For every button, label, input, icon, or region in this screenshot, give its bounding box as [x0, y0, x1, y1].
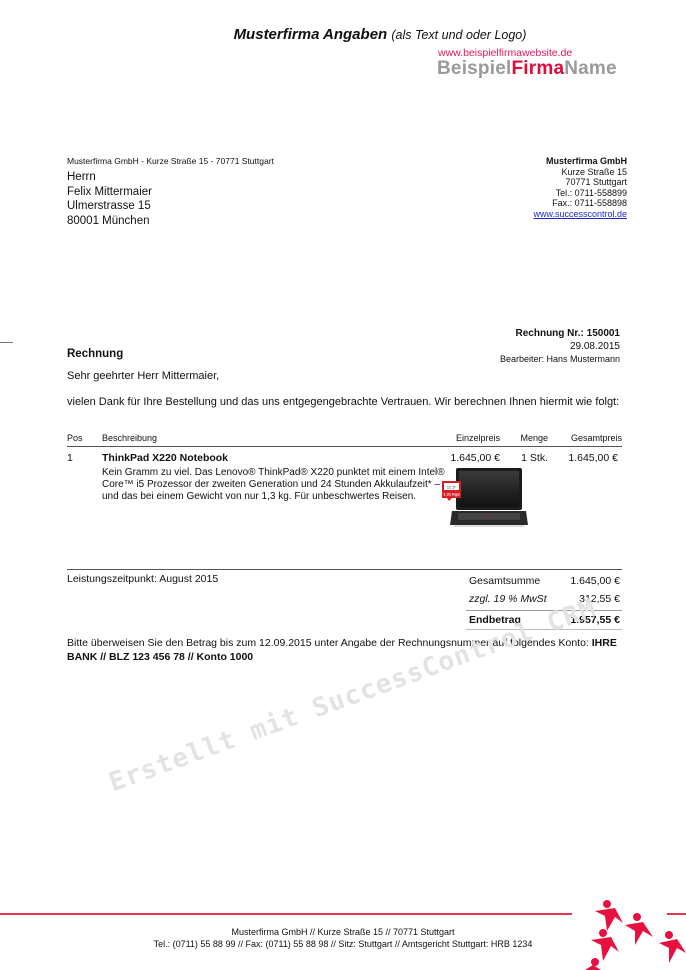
watermark: Erstellt mit SuccessControl CRM: [105, 593, 600, 798]
item-quantity: 1 Stk.: [521, 452, 548, 464]
invoice-date: 29.08.2015: [500, 341, 620, 353]
logo-part-name: Name: [564, 58, 617, 79]
letterhead-title: Musterfirma Angaben (als Text und oder L…: [0, 26, 686, 43]
recipient-address: Herrn Felix Mittermaier Ulmerstrasse 15 …: [67, 170, 152, 228]
vat-row: zzgl. 19 % MwSt 312,55 €: [466, 590, 622, 608]
items-table-header: Pos Beschreibung Einzelpreis Menge Gesam…: [67, 433, 622, 447]
header-description: Beschreibung: [102, 433, 157, 443]
company-phone: Tel.: 0711-558899: [533, 188, 627, 199]
subtotal-value: 1.645,00 €: [570, 572, 620, 590]
company-website-link[interactable]: www.successcontrol.de: [533, 209, 627, 219]
sender-return-line: Musterfirma GmbH - Kurze Straße 15 - 707…: [67, 156, 274, 166]
document-title: Rechnung: [67, 348, 123, 360]
badge-size-text: 12.5": [447, 485, 457, 490]
item-title: ThinkPad X220 Notebook: [102, 452, 228, 464]
company-fax: Fax.: 0711-558898: [533, 198, 627, 209]
header-total-price: Gesamtpreis: [571, 433, 622, 443]
red-stars-figures-logo-icon: [585, 895, 686, 970]
fold-mark: [0, 342, 13, 343]
company-city: 70771 Stuttgart: [533, 177, 627, 188]
laptop-image: 12.5" 1.31 Kgs: [442, 467, 528, 529]
footer: Musterfirma GmbH // Kurze Straße 15 // 7…: [0, 927, 686, 950]
items-table-divider: [67, 569, 622, 570]
recipient-street: Ulmerstrasse 15: [67, 199, 152, 214]
recipient-salutation: Herrn: [67, 170, 152, 185]
table-row: 1 ThinkPad X220 Notebook 1.645,00 € 1 St…: [67, 452, 622, 547]
company-logo: BeispielFirmaName: [437, 58, 617, 80]
header-pos: Pos: [67, 433, 83, 443]
invoice-meta: Rechnung Nr.: 150001 29.08.2015 Bearbeit…: [500, 328, 620, 365]
intro-text: vielen Dank für Ihre Bestellung und das …: [67, 396, 627, 410]
header-unit-price: Einzelpreis: [456, 433, 500, 443]
performance-date: Leistungszeitpunkt: August 2015: [67, 573, 218, 585]
header-quantity: Menge: [520, 433, 548, 443]
item-pos: 1: [67, 452, 73, 464]
invoice-editor: Bearbeiter: Hans Mustermann: [500, 353, 620, 365]
vat-label: zzgl. 19 % MwSt: [469, 590, 547, 608]
footer-line-legal: Tel.: (0711) 55 88 99 // Fax: (0711) 55 …: [0, 939, 686, 951]
greeting: Sehr geehrter Herr Mittermaier,: [67, 370, 219, 382]
item-total: 1.645,00 €: [568, 452, 618, 464]
recipient-name: Felix Mittermaier: [67, 185, 152, 200]
letterhead-title-bold: Musterfirma Angaben: [234, 26, 388, 43]
badge-weight-text: 1.31 Kgs: [443, 492, 460, 497]
company-contact-block: Musterfirma GmbH Kurze Straße 15 70771 S…: [533, 156, 627, 219]
item-description: Kein Gramm zu viel. Das Lenovo® ThinkPad…: [102, 467, 447, 504]
subtotal-label: Gesamtsumme: [469, 572, 540, 590]
subtotal-row: Gesamtsumme 1.645,00 €: [466, 572, 622, 590]
logo-part-beispiel: Beispiel: [437, 58, 511, 79]
company-street: Kurze Straße 15: [533, 167, 627, 178]
invoice-number: Rechnung Nr.: 150001: [500, 328, 620, 340]
item-unit-price: 1.645,00 €: [450, 452, 500, 464]
letterhead-title-sub: (als Text und oder Logo): [391, 28, 526, 42]
footer-divider-left: [0, 913, 572, 915]
logo-part-firma: Firma: [511, 58, 564, 79]
company-name: Musterfirma GmbH: [533, 156, 627, 167]
footer-line-address: Musterfirma GmbH // Kurze Straße 15 // 7…: [0, 927, 686, 939]
recipient-city: 80001 München: [67, 214, 152, 229]
